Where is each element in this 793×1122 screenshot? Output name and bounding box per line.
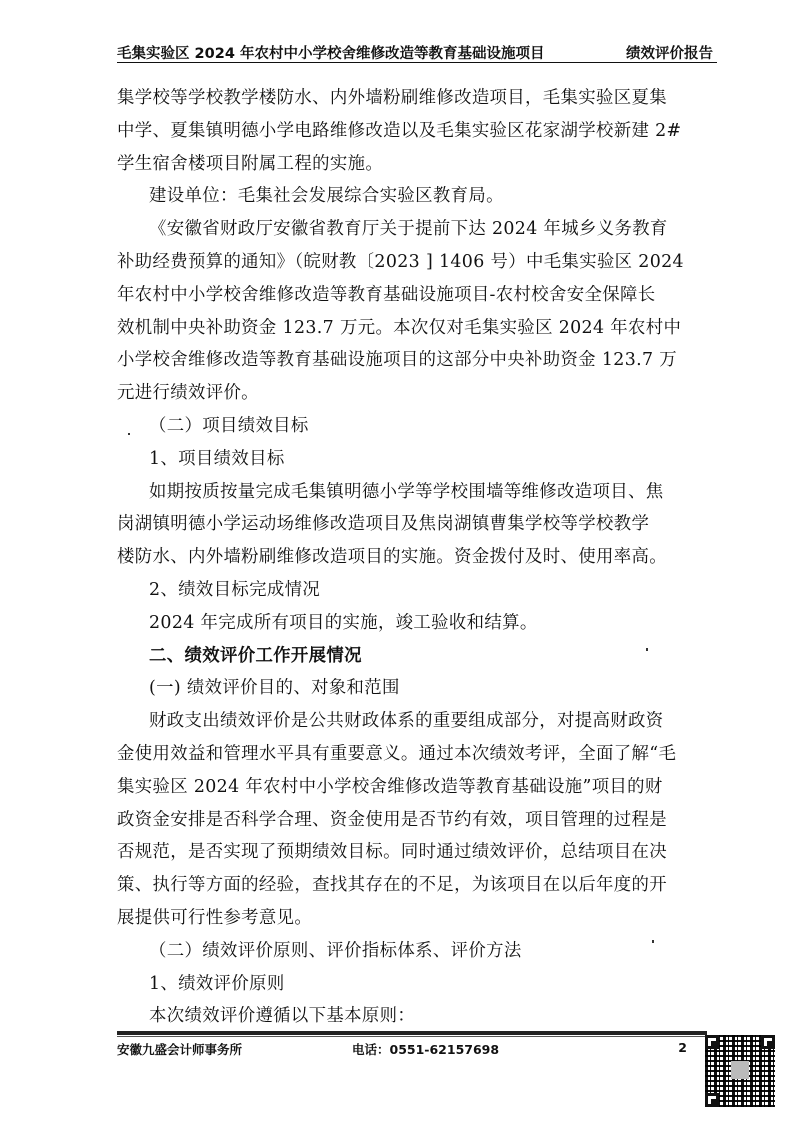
- qr-center-logo-icon: [731, 1061, 749, 1079]
- qr-finder-icon: [705, 1035, 719, 1049]
- qr-finder-icon: [761, 1035, 775, 1049]
- text-line: 二、绩效评价工作开展情况: [117, 640, 719, 673]
- text-line: 策、执行等方面的经验，查找其存在的不足，为该项目在以后年度的开: [117, 869, 719, 902]
- header-report-type: 绩效评价报告: [626, 42, 713, 63]
- scan-speck: [652, 940, 654, 943]
- text-line: 补助经费预算的通知》（皖财教〔2023 ] 1406 号）中毛集实验区 2024: [117, 246, 719, 279]
- page-footer: 安徽九盛会计师事务所 电话：0551-62157698 2: [117, 1038, 707, 1058]
- text-line: （二）绩效评价原则、评价指标体系、评价方法: [117, 935, 719, 968]
- text-line: 展提供可行性参考意见。: [117, 902, 719, 935]
- scan-speck: [128, 433, 130, 435]
- text-line: 本次绩效评价遵循以下基本原则：: [117, 1000, 719, 1033]
- text-line: 1、项目绩效目标: [117, 443, 719, 476]
- text-line: （二）项目绩效目标: [117, 410, 719, 443]
- text-line: 岗湖镇明德小学运动场维修改造项目及焦岗湖镇曹集学校等学校教学: [117, 508, 719, 541]
- text-line: 集实验区 2024 年农村中小学校舍维修改造等教育基础设施”项目的财: [117, 771, 719, 804]
- text-line: 小学校舍维修改造等教育基础设施项目的这部分中央补助资金 123.7 万: [117, 344, 719, 377]
- text-line: 如期按质按量完成毛集镇明德小学等学校围墙等维修改造项目、焦: [117, 476, 719, 509]
- text-line: 学生宿舍楼项目附属工程的实施。: [117, 148, 719, 181]
- text-line: 2024 年完成所有项目的实施，竣工验收和结算。: [117, 607, 719, 640]
- footer-phone: 电话：0551-62157698: [352, 1040, 499, 1058]
- header-project-title: 毛集实验区 2024 年农村中小学校舍维修改造等教育基础设施项目: [117, 42, 544, 63]
- text-line: 财政支出绩效评价是公共财政体系的重要组成部分，对提高财政资: [117, 705, 719, 738]
- text-line: 政资金安排是否科学合理、资金使用是否节约有效，项目管理的过程是: [117, 804, 719, 837]
- footer-divider: [117, 1031, 707, 1035]
- text-line: (一) 绩效评价目的、对象和范围: [117, 672, 719, 705]
- text-line: 1、绩效评价原则: [117, 968, 719, 1001]
- text-line: 中学、夏集镇明德小学电路维修改造以及毛集实验区花家湖学校新建 2#: [117, 115, 719, 148]
- text-line: 金使用效益和管理水平具有重要意义。通过本次绩效考评，全面了解“毛: [117, 738, 719, 771]
- qr-finder-icon: [705, 1093, 719, 1107]
- text-line: 2、绩效目标完成情况: [117, 574, 719, 607]
- text-line: 集学校等学校教学楼防水、内外墙粉刷维修改造项目，毛集实验区夏集: [117, 82, 719, 115]
- text-line: 楼防水、内外墙粉刷维修改造项目的实施。资金拨付及时、使用率高。: [117, 541, 719, 574]
- scan-speck: [646, 648, 648, 651]
- text-line: 建设单位：毛集社会发展综合实验区教育局。: [117, 180, 719, 213]
- text-line: 《安徽省财政厅安徽省教育厅关于提前下达 2024 年城乡义务教育: [117, 213, 719, 246]
- text-line: 年农村中小学校舍维修改造等教育基础设施项目-农村校舍安全保障长: [117, 279, 719, 312]
- document-body: 集学校等学校教学楼防水、内外墙粉刷维修改造项目，毛集实验区夏集中学、夏集镇明德小…: [117, 82, 719, 1033]
- qr-code-icon: [705, 1035, 775, 1107]
- page-header: 毛集实验区 2024 年农村中小学校舍维修改造等教育基础设施项目 绩效评价报告: [117, 40, 717, 63]
- page-number: 2: [678, 1040, 687, 1055]
- text-line: 元进行绩效评价。: [117, 377, 719, 410]
- footer-divider-thin: [117, 1036, 707, 1037]
- footer-firm-name: 安徽九盛会计师事务所: [117, 1040, 242, 1058]
- text-line: 效机制中央补助资金 123.7 万元。本次仅对毛集实验区 2024 年农村中: [117, 312, 719, 345]
- text-line: 否规范，是否实现了预期绩效目标。同时通过绩效评价，总结项目在决: [117, 836, 719, 869]
